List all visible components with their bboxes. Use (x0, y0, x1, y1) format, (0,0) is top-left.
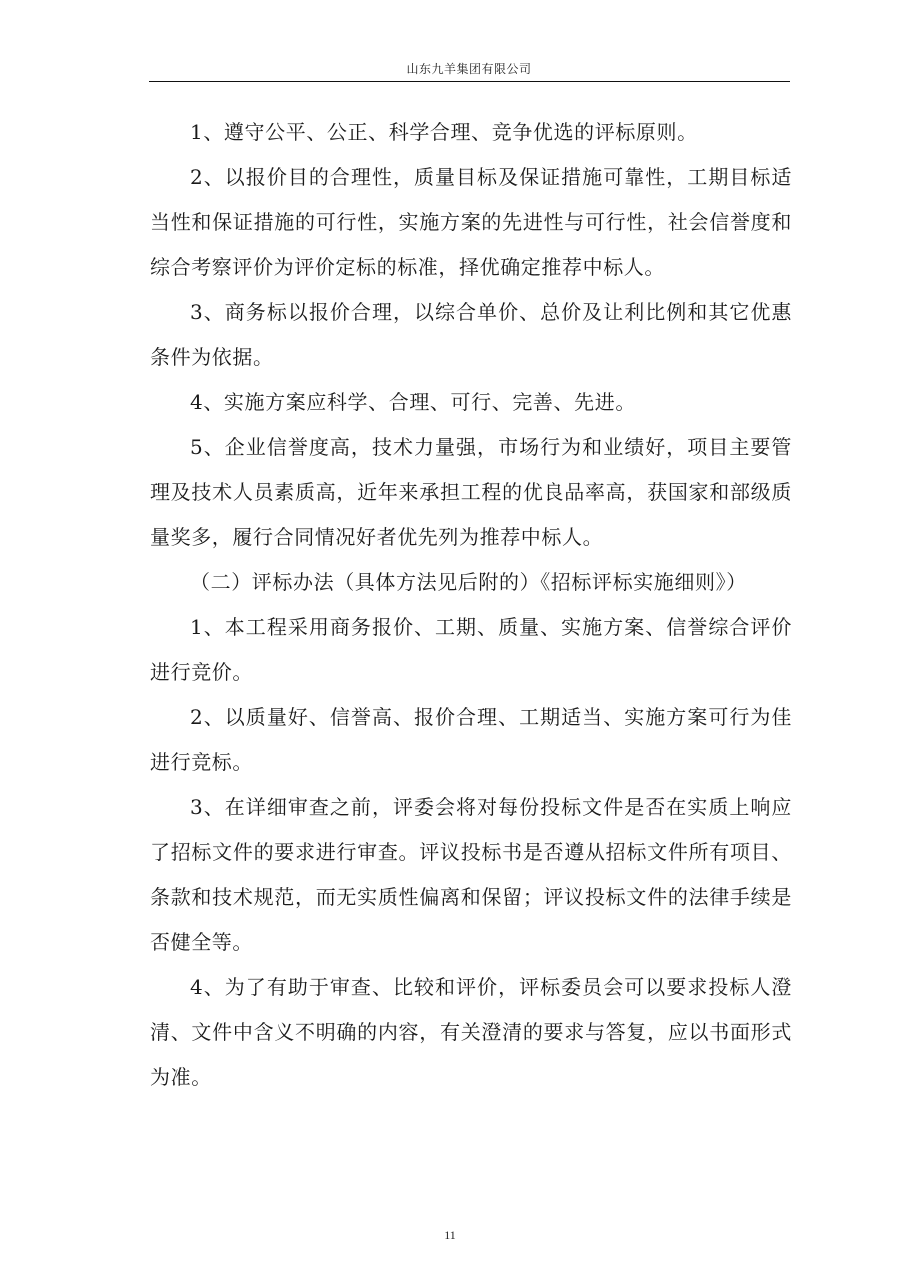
method-2: 2、以质量好、信誉高、报价合理、工期适当、实施方案可行为佳进行竞标。 (150, 695, 792, 785)
method-3: 3、在详细审查之前，评委会将对每份投标文件是否在实质上响应了招标文件的要求进行审… (150, 785, 792, 965)
page-number: 11 (0, 1228, 900, 1243)
document-body: 1、遵守公平、公正、科学合理、竞争优选的评标原则。 2、以报价目的合理性，质量目… (150, 110, 792, 1100)
principle-1: 1、遵守公平、公正、科学合理、竞争优选的评标原则。 (150, 110, 792, 155)
principle-5: 5、企业信誉度高，技术力量强，市场行为和业绩好，项目主要管理及技术人员素质高，近… (150, 425, 792, 560)
method-1: 1、本工程采用商务报价、工期、质量、实施方案、信誉综合评价进行竞价。 (150, 605, 792, 695)
method-4: 4、为了有助于审查、比较和评价，评标委员会可以要求投标人澄清、文件中含义不明确的… (150, 965, 792, 1100)
principle-2: 2、以报价目的合理性，质量目标及保证措施可靠性，工期目标适当性和保证措施的可行性… (150, 155, 792, 290)
principle-3: 3、商务标以报价合理，以综合单价、总价及让利比例和其它优惠条件为依据。 (150, 290, 792, 380)
page-header-company: 山东九羊集团有限公司 (149, 60, 789, 77)
section-heading-evaluation-method: （二）评标办法（具体方法见后附的）《招标评标实施细则》） (150, 560, 792, 605)
header-divider (149, 81, 790, 82)
principle-4: 4、实施方案应科学、合理、可行、完善、先进。 (150, 380, 792, 425)
